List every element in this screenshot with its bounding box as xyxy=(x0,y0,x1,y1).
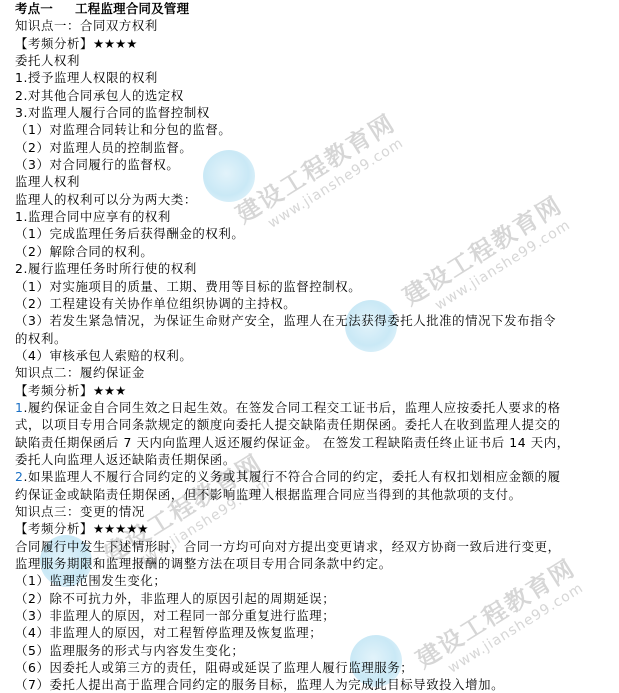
line-text: 委托人权利 xyxy=(15,53,80,68)
frequency-analysis: 【考频分析】★★★ xyxy=(15,382,575,399)
line-text: 式，以项目专用合同条款规定的额度向委托人提交缺陷责任期保函。委托人在收到监理人提… xyxy=(15,417,561,432)
line-text: （2）解除合同的权利。 xyxy=(15,244,153,259)
paragraph-line: （3）若发生紧急情况，为保证生命财产安全，监理人在无法获得委托人批准的情况下发布… xyxy=(15,312,575,329)
line-text: （4）审核承包人索赔的权利。 xyxy=(15,348,192,363)
paragraph-line: （5）监理服务的形式与内容发生变化； xyxy=(15,642,575,659)
paragraph-line: （2）解除合同的权利。 xyxy=(15,243,575,260)
line-text: 2.对其他合同承包人的选定权 xyxy=(15,88,184,103)
line-text: （6）因委托人或第三方的责任，阻碍或延误了监理人履行监理服务； xyxy=(15,660,413,675)
line-text: （2）工程建设有关协作单位组织协调的主持权。 xyxy=(15,296,296,311)
frequency-analysis: 【考频分析】★★★★ xyxy=(15,35,575,52)
line-text: （4）非监理人的原因，对工程暂停监理及恢复监理； xyxy=(15,625,322,640)
list-number: 1 xyxy=(15,400,23,415)
paragraph-line: （4）审核承包人索赔的权利。 xyxy=(15,347,575,364)
paragraph-line: 缺陷责任期保函后 7 天内向监理人返还履约保证金。 在签发工程缺陷责任终止证书后… xyxy=(15,434,575,451)
paragraph-line: （1）对监理合同转让和分包的监督。 xyxy=(15,121,575,138)
line-text: 知识点一：合同双方权利 xyxy=(15,18,158,33)
line-text: 2.履行监理任务时所行使的权利 xyxy=(15,261,197,276)
line-text: 监理服务期限和监理报酬的调整方法在项目专用合同条款中约定。 xyxy=(15,556,392,571)
paragraph-line: 1.授予监理人权限的权利 xyxy=(15,69,575,86)
line-text: （5）监理服务的形式与内容发生变化； xyxy=(15,643,244,658)
paragraph-line: （1）对实施项目的质量、工期、费用等目标的监督控制权。 xyxy=(15,278,575,295)
paragraph-line: 委托人向监理人返还缺陷责任期保函。 xyxy=(15,451,575,468)
list-number: 2 xyxy=(15,469,23,484)
paragraph-line: （1）完成监理任务后获得酬金的权利。 xyxy=(15,225,575,242)
line-text: （3）非监理人的原因，对工程同一部分重复进行监理； xyxy=(15,608,335,623)
line-text: 1.授予监理人权限的权利 xyxy=(15,70,158,85)
paragraph-line: （2）工程建设有关协作单位组织协调的主持权。 xyxy=(15,295,575,312)
line-text: 监理人权利 xyxy=(15,174,80,189)
line-text: 1.履约保证金自合同生效之日起生效。在签发合同工程交工证书后，监理人应按委托人要… xyxy=(15,400,561,415)
line-text: 【考频分析】 xyxy=(15,521,93,536)
paragraph-line: 监理人权利 xyxy=(15,173,575,190)
line-text: 监理人的权利可以分为两大类： xyxy=(15,192,197,207)
line-text: 【考频分析】 xyxy=(15,36,93,51)
paragraph-line: 监理人的权利可以分为两大类： xyxy=(15,191,575,208)
paragraph-line: 监理服务期限和监理报酬的调整方法在项目专用合同条款中约定。 xyxy=(15,555,575,572)
line-text: （3）对合同履行的监督权。 xyxy=(15,157,179,172)
line-text: （3）若发生紧急情况，为保证生命财产安全，监理人在无法获得委托人批准的情况下发布… xyxy=(15,313,556,328)
document-lines: 知识点一：合同双方权利【考频分析】★★★★委托人权利1.授予监理人权限的权利2.… xyxy=(15,17,575,693)
paragraph-line: 3.对监理人履行合同的监督控制权 xyxy=(15,104,575,121)
line-text: （7）委托人提出高于监理合同约定的服务目标，监理人为完成此目标导致投入增加。 xyxy=(15,677,504,692)
line-text: 3.对监理人履行合同的监督控制权 xyxy=(15,105,210,120)
frequency-analysis: 【考频分析】★★★★★ xyxy=(15,520,575,537)
line-text: 【考频分析】 xyxy=(15,383,93,398)
paragraph-line: （3）非监理人的原因，对工程同一部分重复进行监理； xyxy=(15,607,575,624)
line-text: 知识点三：变更的情况 xyxy=(15,504,145,519)
document: 考点一工程监理合同及管理 知识点一：合同双方权利【考频分析】★★★★委托人权利1… xyxy=(15,0,575,693)
paragraph-line: （2）除不可抗力外，非监理人的原因引起的周期延误； xyxy=(15,590,575,607)
rating-stars-icon: ★★★★ xyxy=(93,36,137,51)
line-text: 1.监理合同中应享有的权利 xyxy=(15,209,171,224)
line-text: （1）对实施项目的质量、工期、费用等目标的监督控制权。 xyxy=(15,279,361,294)
line-text: 知识点二：履约保证金 xyxy=(15,365,145,380)
paragraph-line: （2）对监理人员的控制监督。 xyxy=(15,139,575,156)
line-text: （1）监理范围发生变化； xyxy=(15,573,166,588)
paragraph-line: （4）非监理人的原因，对工程暂停监理及恢复监理； xyxy=(15,624,575,641)
line-text: （2）对监理人员的控制监督。 xyxy=(15,140,192,155)
line-text: 2.如果监理人不履行合同约定的义务或其履行不符合合同的约定，委托人有权扣划相应金… xyxy=(15,469,561,484)
line-text: 缺陷责任期保函后 7 天内向监理人返还履约保证金。 在签发工程缺陷责任终止证书后… xyxy=(15,435,570,450)
line-text: （1）完成监理任务后获得酬金的权利。 xyxy=(15,226,244,241)
section-heading: 知识点三：变更的情况 xyxy=(15,503,575,520)
line-text: （1）对监理合同转让和分包的监督。 xyxy=(15,122,231,137)
paragraph-line: 合同履行中发生下述情形时，合同一方均可向对方提出变更请求，经双方协商一致后进行变… xyxy=(15,538,575,555)
title-text: 工程监理合同及管理 xyxy=(75,1,189,16)
section-heading: 知识点二：履约保证金 xyxy=(15,364,575,381)
paragraph-line: 约保证金或缺陷责任期保函，但不影响监理人根据监理合同应当得到的其他款项的支付。 xyxy=(15,486,575,503)
document-title: 考点一工程监理合同及管理 xyxy=(15,0,575,17)
paragraph-line: 2.如果监理人不履行合同约定的义务或其履行不符合合同的约定，委托人有权扣划相应金… xyxy=(15,468,575,485)
line-text: 约保证金或缺陷责任期保函，但不影响监理人根据监理合同应当得到的其他款项的支付。 xyxy=(15,487,522,502)
paragraph-line: 2.履行监理任务时所行使的权利 xyxy=(15,260,575,277)
line-text: 委托人向监理人返还缺陷责任期保函。 xyxy=(15,452,236,467)
line-text: （2）除不可抗力外，非监理人的原因引起的周期延误； xyxy=(15,591,335,606)
paragraph-line: 式，以项目专用合同条款规定的额度向委托人提交缺陷责任期保函。委托人在收到监理人提… xyxy=(15,416,575,433)
paragraph-line: 1.履约保证金自合同生效之日起生效。在签发合同工程交工证书后，监理人应按委托人要… xyxy=(15,399,575,416)
paragraph-line: （6）因委托人或第三方的责任，阻碍或延误了监理人履行监理服务； xyxy=(15,659,575,676)
paragraph-line: （7）委托人提出高于监理合同约定的服务目标，监理人为完成此目标导致投入增加。 xyxy=(15,676,575,693)
paragraph-line: 2.对其他合同承包人的选定权 xyxy=(15,87,575,104)
paragraph-line: （3）对合同履行的监督权。 xyxy=(15,156,575,173)
rating-stars-icon: ★★★ xyxy=(93,383,126,398)
paragraph-line: 的权利。 xyxy=(15,330,575,347)
rating-stars-icon: ★★★★★ xyxy=(93,521,149,536)
paragraph-line: 委托人权利 xyxy=(15,52,575,69)
paragraph-line: 1.监理合同中应享有的权利 xyxy=(15,208,575,225)
paragraph-line: （1）监理范围发生变化； xyxy=(15,572,575,589)
line-text: 的权利。 xyxy=(15,331,67,346)
section-heading: 知识点一：合同双方权利 xyxy=(15,17,575,34)
title-prefix: 考点一 xyxy=(15,1,53,16)
line-text: 合同履行中发生下述情形时，合同一方均可向对方提出变更请求，经双方协商一致后进行变… xyxy=(15,539,561,554)
